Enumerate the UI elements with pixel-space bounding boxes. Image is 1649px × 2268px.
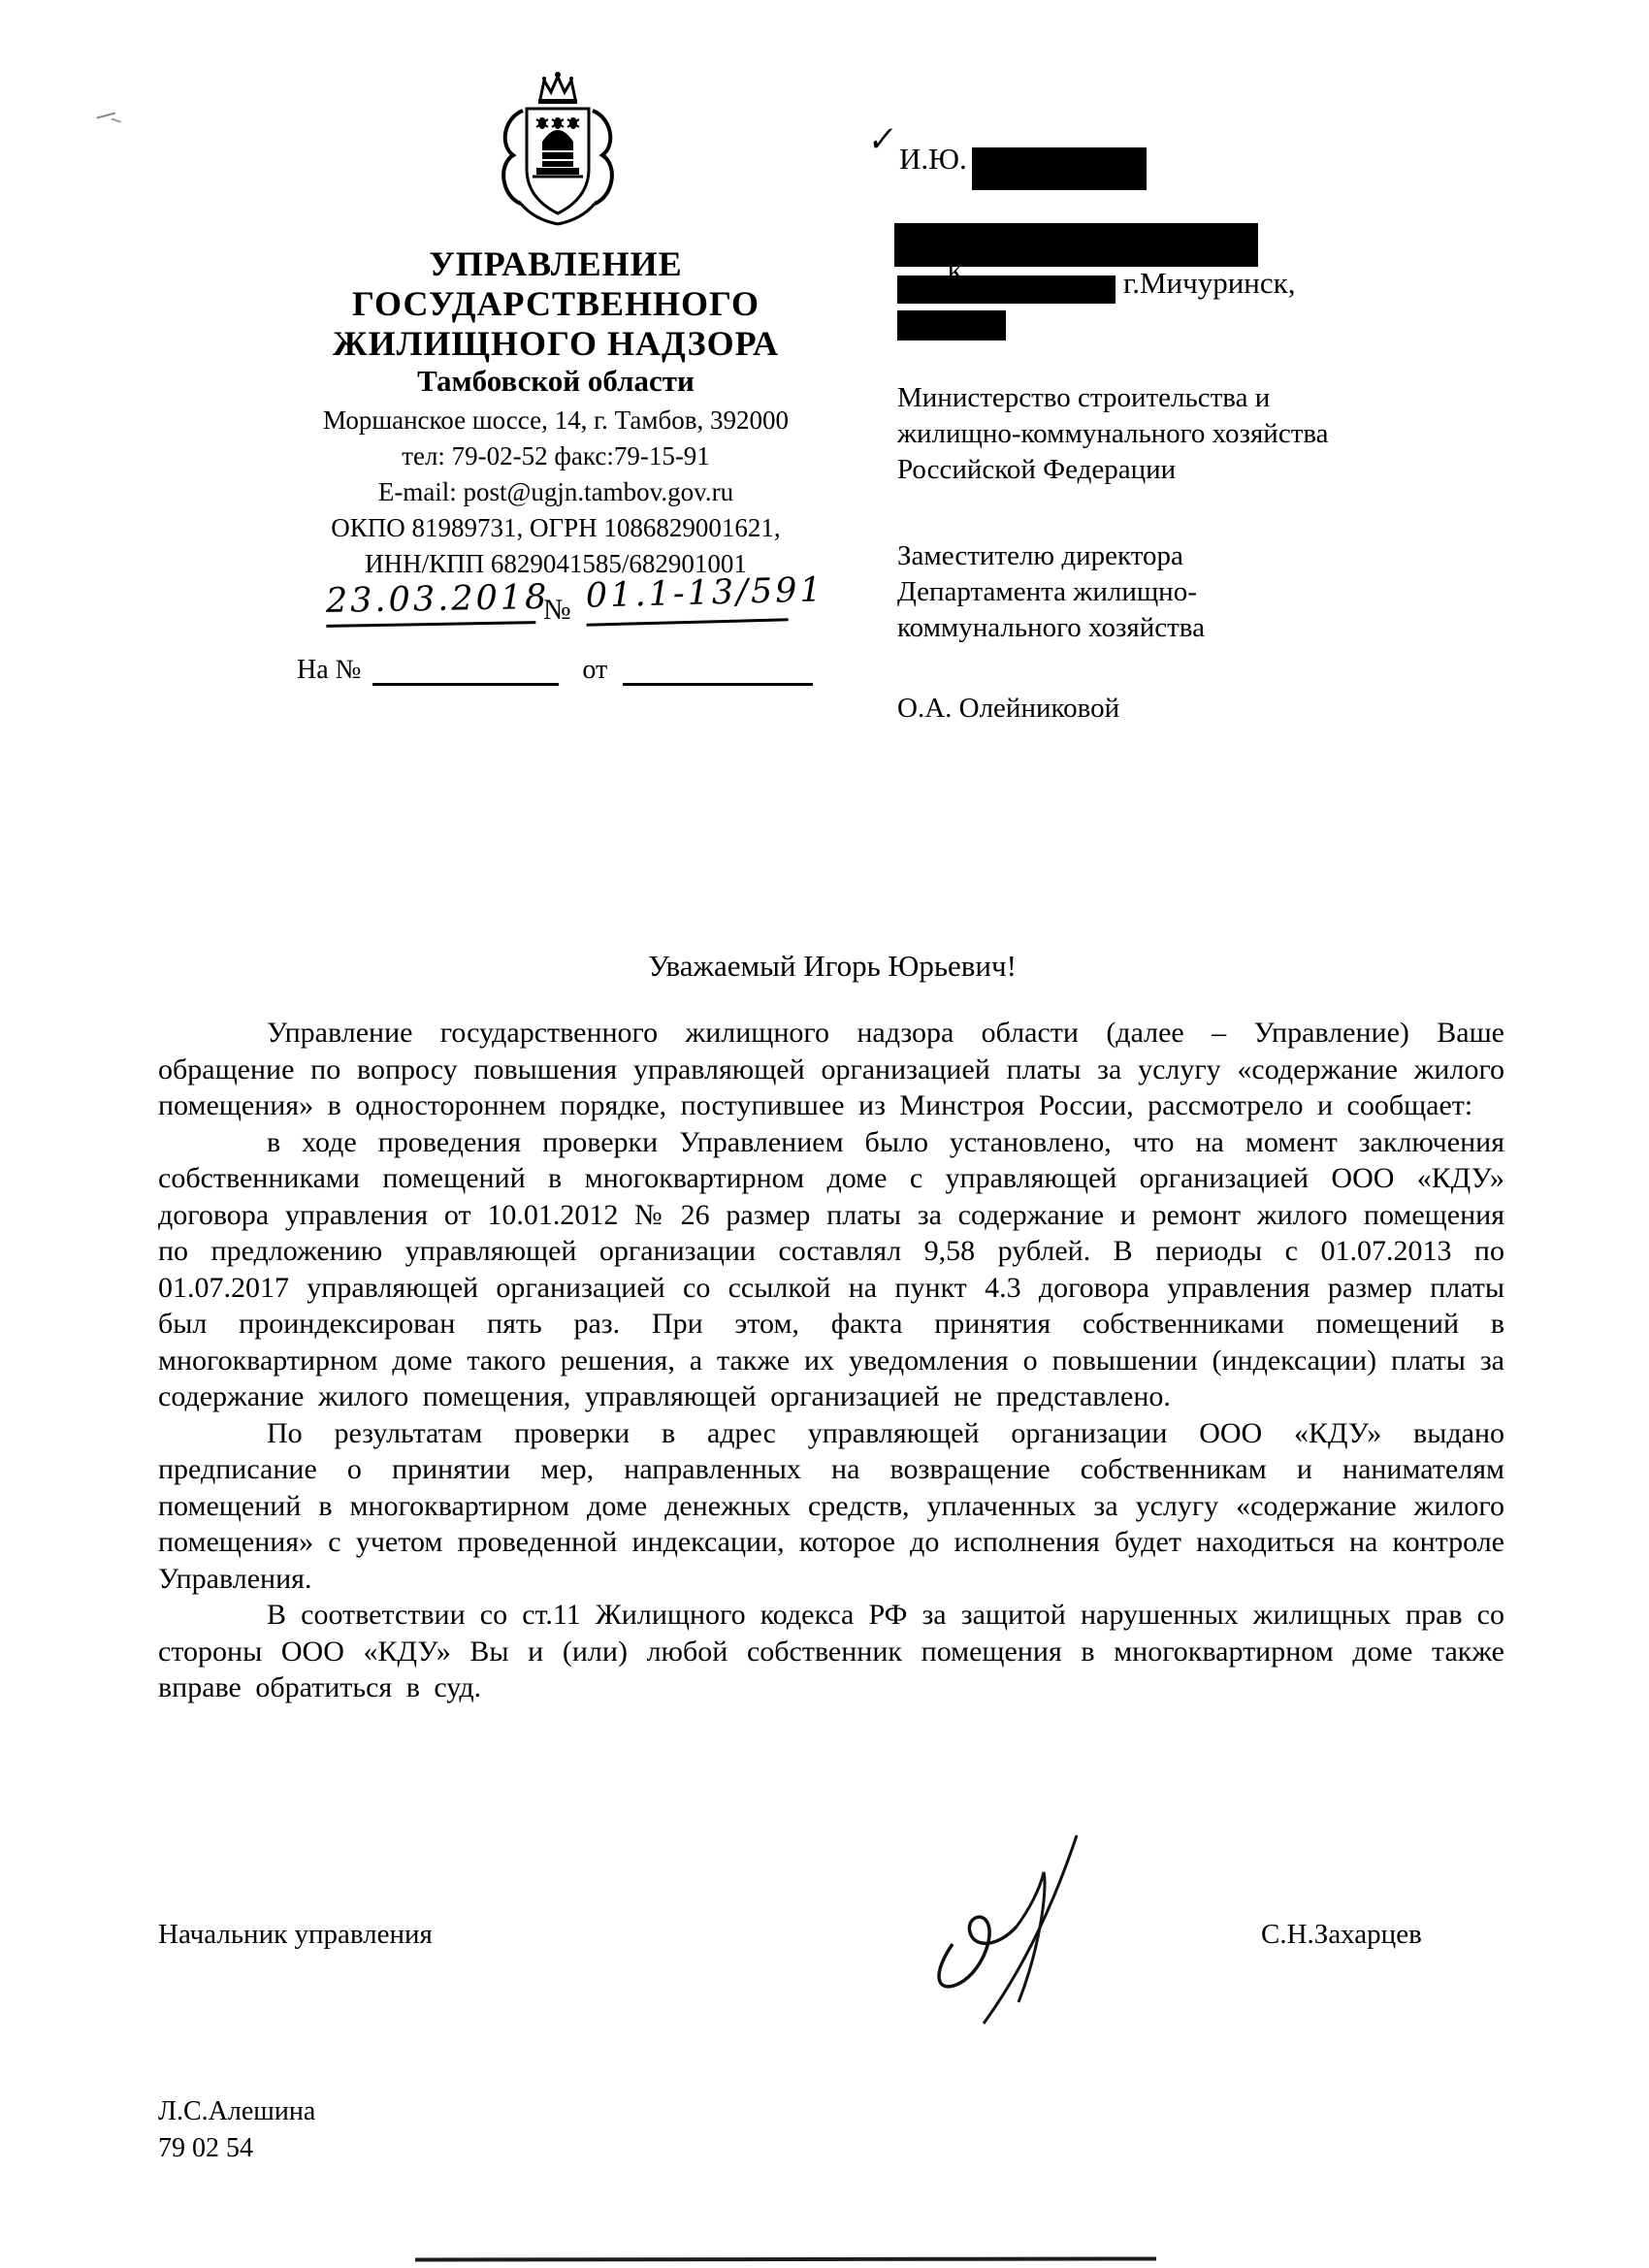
body-paragraph: в ходе проведения проверки Управлением б… — [158, 1124, 1504, 1415]
handwritten-signature — [923, 1830, 1117, 2038]
scan-artifact — [110, 118, 121, 128]
tambov-coat-of-arms-icon — [490, 68, 626, 231]
number-sign: № — [543, 594, 571, 627]
addressee-block: Заместителю директора Департамента жилищ… — [897, 538, 1402, 646]
redaction-box — [897, 310, 1006, 340]
ministry-line: жилищно-коммунального хозяйства — [897, 416, 1402, 452]
signer-name: С.Н.Захарцев — [1261, 1919, 1422, 1951]
body-paragraph: В соответствии со ст.11 Жилищного кодекс… — [158, 1597, 1504, 1706]
org-title-line: ЖИЛИЩНОГО НАДЗОРА — [255, 324, 857, 364]
reply-date-blank — [623, 652, 813, 686]
reply-number-blank — [372, 652, 559, 686]
org-address: Моршанское шоссе, 14, г. Тамбов, 392000 — [255, 403, 857, 438]
reply-number-label: На № — [297, 655, 361, 685]
org-okpo-ogrn: ОКПО 81989731, ОГРН 1086829001621, — [255, 510, 857, 546]
handwritten-checkmark: ✓ — [864, 118, 899, 160]
recipient-city: г.Мичуринск, — [1123, 266, 1295, 301]
org-title-line: ГОСУДАРСТВЕННОГО — [255, 284, 857, 324]
body-paragraph: Управление государственного жилищного на… — [158, 1015, 1504, 1124]
addressee-line: коммунального хозяйства — [897, 610, 1402, 646]
signer-position: Начальник управления — [158, 1919, 433, 1951]
ministry-line: Министерство строительства и — [897, 380, 1402, 416]
outgoing-date-handwritten: 23.03.2018 — [326, 578, 536, 628]
scan-edge-line — [415, 2256, 1156, 2261]
org-phone-fax: тел: 79-02-52 факс:79-15-91 — [255, 438, 857, 474]
ministry-block: Министерство строительства и жилищно-ком… — [897, 380, 1402, 488]
letterhead: УПРАВЛЕНИЕ ГОСУДАРСТВЕННОГО ЖИЛИЩНОГО НА… — [255, 244, 857, 582]
ministry-line: Российской Федерации — [897, 452, 1402, 488]
salutation: Уважаемый Игорь Юрьевич! — [158, 949, 1506, 984]
redaction-box — [897, 275, 1115, 304]
executor-block: Л.С.Алешина 79 02 54 — [158, 2093, 315, 2167]
addressee-line: Департамента жилищно- — [897, 574, 1402, 610]
org-email: E-mail: post@ugjn.tambov.gov.ru — [255, 474, 857, 510]
org-region: Тамбовской области — [255, 364, 857, 399]
scanned-letter-page: УПРАВЛЕНИЕ ГОСУДАРСТВЕННОГО ЖИЛИЩНОГО НА… — [0, 0, 1649, 2268]
redaction-box — [972, 147, 1147, 190]
outgoing-number-handwritten: 01.1-13/591 — [585, 571, 788, 626]
addressee-line: Заместителю директора — [897, 538, 1402, 574]
executor-name: Л.С.Алешина — [158, 2093, 315, 2130]
recipient-initials: И.Ю. — [899, 142, 967, 177]
letter-body: Управление государственного жилищного на… — [158, 1015, 1504, 1706]
body-paragraph: По результатам проверки в адрес управляю… — [158, 1415, 1504, 1598]
org-title-line: УПРАВЛЕНИЕ — [255, 244, 857, 284]
addressee-name: О.А. Олейниковой — [897, 693, 1119, 725]
reply-reference-row: На №от — [297, 652, 813, 686]
reply-date-label: от — [582, 655, 607, 685]
executor-phone: 79 02 54 — [158, 2130, 315, 2167]
